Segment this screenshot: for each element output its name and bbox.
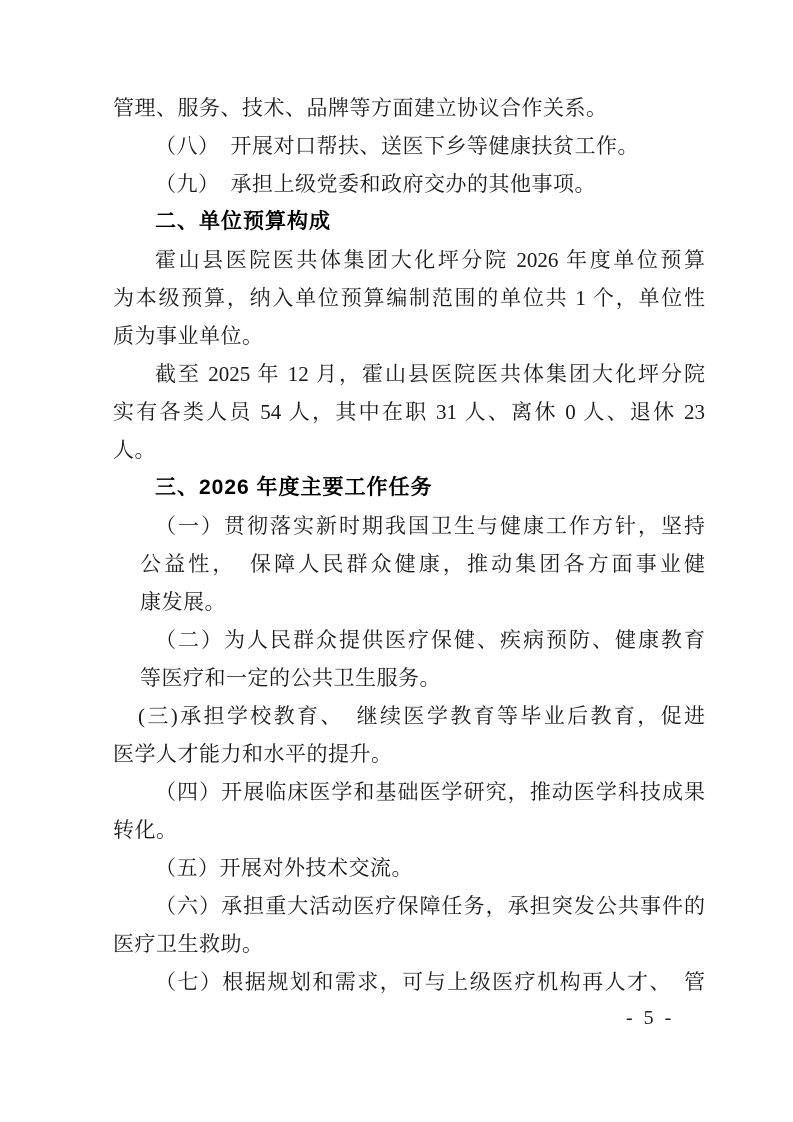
document-line: 质为事业单位。 (113, 317, 705, 355)
document-line: 截至 2025 年 12 月，霍山县医院医共体集团大化坪分院 (113, 355, 705, 393)
document-line-item-9: （九） 承担上级党委和政府交办的其他事项。 (113, 165, 705, 203)
document-line-task-2: （二）为人民群众提供医疗保健、疾病预防、健康教育 (113, 621, 705, 659)
document-line-task-1: （一）贯彻落实新时期我国卫生与健康工作方针，坚持 (113, 507, 705, 545)
document-line-item-8: （八） 开展对口帮扶、送医下乡等健康扶贫工作。 (113, 127, 705, 165)
document-line: 人。 (113, 431, 705, 469)
document-line: 等医疗和一定的公共卫生服务。 (113, 659, 705, 697)
document-line: 医学人才能力和水平的提升。 (113, 735, 705, 773)
section-heading-2: 二、单位预算构成 (113, 203, 705, 241)
document-line: 公益性， 保障人民群众健康，推动集团各方面事业健 (113, 545, 705, 583)
document-line: 康发展。 (113, 583, 705, 621)
document-line: 为本级预算，纳入单位预算编制范围的单位共 1 个，单位性 (113, 279, 705, 317)
document-line: 医疗卫生救助。 (113, 925, 705, 963)
document-line: 转化。 (113, 811, 705, 849)
document-line-task-5: （五）开展对外技术交流。 (113, 849, 705, 887)
document-line-task-4: （四）开展临床医学和基础医学研究，推动医学科技成果 (113, 773, 705, 811)
document-body: 管理、服务、技术、品牌等方面建立协议合作关系。 （八） 开展对口帮扶、送医下乡等… (113, 89, 705, 1001)
document-line-task-3: (三)承担学校教育、 继续医学教育等毕业后教育，促进 (113, 697, 705, 735)
document-line-task-7: （七）根据规划和需求，可与上级医疗机构再人才、 管 (113, 963, 705, 1001)
document-line: 实有各类人员 54 人，其中在职 31 人、离休 0 人、退休 23 (113, 393, 705, 431)
document-line-task-6: （六）承担重大活动医疗保障任务，承担突发公共事件的 (113, 887, 705, 925)
section-heading-3: 三、2026 年度主要工作任务 (113, 469, 705, 507)
document-line: 管理、服务、技术、品牌等方面建立协议合作关系。 (113, 89, 705, 127)
document-line: 霍山县医院医共体集团大化坪分院 2026 年度单位预算 (113, 241, 705, 279)
page-number: - 5 - (626, 1004, 674, 1032)
document-page: 管理、服务、技术、品牌等方面建立协议合作关系。 （八） 开展对口帮扶、送医下乡等… (0, 0, 793, 1122)
